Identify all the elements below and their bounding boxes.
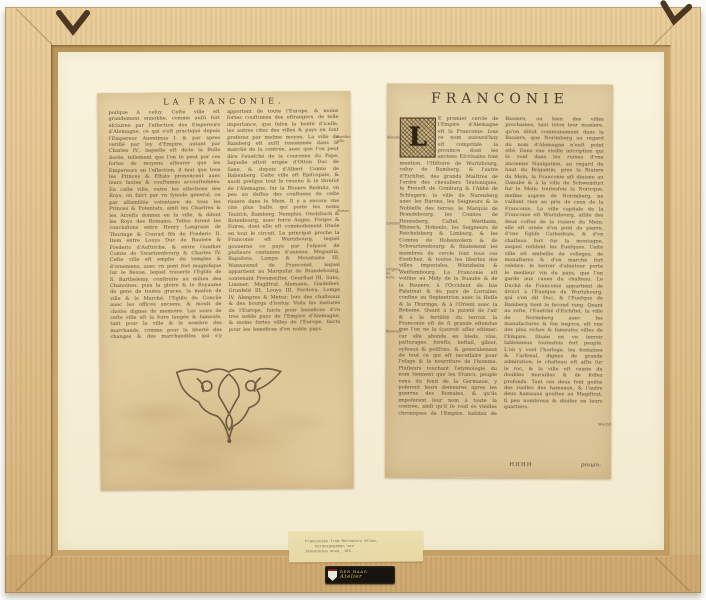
right-page-column-1: E premier cercle de l'Empire d'Alemagne …: [398, 116, 498, 417]
right-page-margin-note: Riuieres.: [386, 329, 399, 333]
right-page-margin-note: Limites.: [386, 221, 399, 225]
crest-icon: [328, 569, 337, 581]
right-page-margin-note: Wurtzbourg.: [598, 423, 611, 427]
mat-board: LA FRANCONIE. puiſque A celuy. Ceſte vil…: [58, 52, 664, 550]
plaque-text: DEN HAAG Atelier: [340, 570, 367, 580]
framed-artwork-photo: LA FRANCONIE. puiſque A celuy. Ceſte vil…: [0, 0, 706, 600]
right-page-text: E premier cercle de l'Empire d'Alemagne …: [398, 115, 604, 452]
left-page-text: puiſque A celuy. Ceſte ville eſt grandem…: [108, 108, 340, 368]
left-page: LA FRANCONIE. puiſque A celuy. Ceſte vil…: [97, 91, 353, 490]
frame-inner-lip: LA FRANCONIE. puiſque A celuy. Ceſte vil…: [51, 45, 671, 557]
label-line-3: Janssonius anno, 163. .: [305, 548, 423, 554]
signature-line: HHHH prouin-: [385, 467, 611, 468]
right-page-heading: FRANCONIE: [387, 90, 613, 107]
dropcap-spacer: [400, 115, 436, 155]
left-page-margin-note: Foires.: [337, 209, 350, 213]
right-page-margin-note: Abnoba.: [387, 135, 400, 139]
plaque-line-2: Atelier: [340, 575, 367, 580]
right-page: FRANCONIE L E premier cercle de l'Empire…: [385, 83, 613, 478]
catchword: prouin-: [581, 462, 601, 468]
left-page-heading: LA FRANCONIE.: [97, 96, 350, 107]
corner-chevron-icon: [53, 9, 93, 39]
wood-frame: LA FRANCONIE. puiſque A celuy. Ceſte vil…: [5, 7, 701, 593]
signature-mark: HHHH: [509, 462, 532, 468]
typed-caption-label: Franconiae from Mercators Atlas, herausg…: [289, 531, 423, 563]
corner-chevron-icon: [655, 0, 694, 29]
right-page-margin-note: Origine du nom.: [386, 267, 399, 279]
map-showthrough: [104, 381, 349, 485]
maker-plaque: DEN HAAG Atelier: [325, 566, 395, 584]
left-page-column-2: de telle importance, que ſelon la bonté …: [227, 114, 340, 332]
left-page-margin-note: Bamberg, ville.: [337, 135, 350, 143]
